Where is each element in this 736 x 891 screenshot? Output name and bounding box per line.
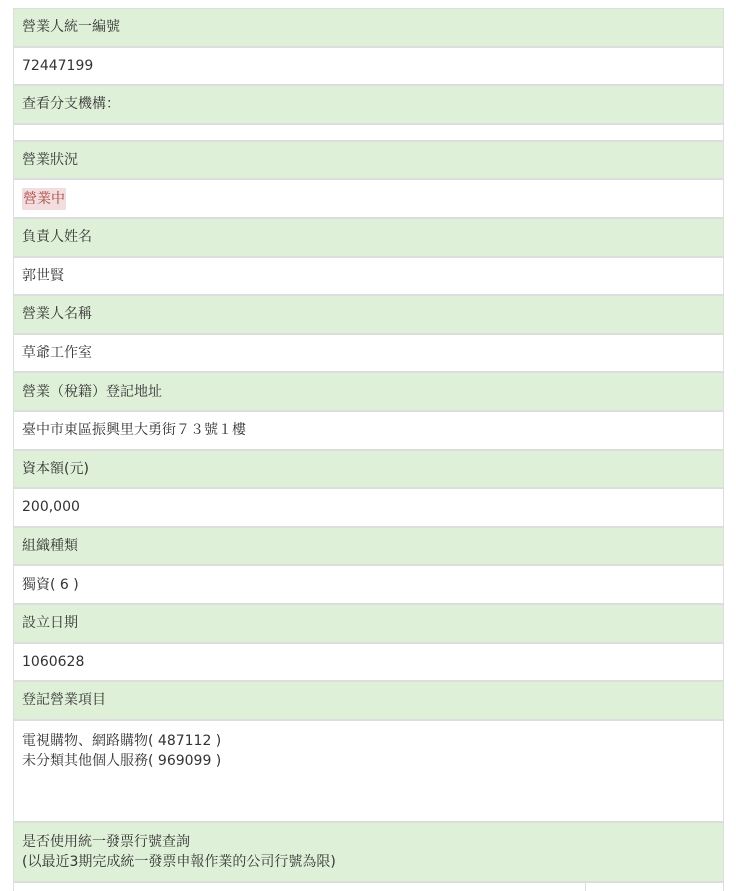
capital-label: 資本額(元) [22,459,89,479]
capital-label-row: 資本額(元) [14,451,723,490]
invoice-label: 是否使用統一發票行號查詢 (以最近3期完成統一發票申報作業的公司行號為限) [22,832,336,872]
business-items-value-row: 電視購物、網路購物( 487112 ) 未分類其他個人服務( 969099 ) [14,721,723,823]
branch-label: 查看分支機構： [22,94,120,114]
status-value-row: 營業中 [14,180,723,219]
owner-value: 郭世賢 [22,266,64,286]
address-label: 營業（稅籍）登記地址 [22,382,162,402]
status-label-row: 營業狀況 [14,142,723,181]
branch-label-row: 查看分支機構： [14,86,723,125]
org-type-value-row: 獨資( 6 ) [14,566,723,605]
org-type-value: 獨資( 6 ) [22,575,79,595]
invoice-label-line2: (以最近3期完成統一發票申報作業的公司行號為限) [22,852,336,872]
status-badge: 營業中 [22,188,66,210]
business-items-label-row: 登記營業項目 [14,682,723,721]
ban-value: 72447199 [22,56,93,76]
founded-label: 設立日期 [22,613,78,633]
org-type-label-row: 組織種類 [14,528,723,567]
founded-label-row: 設立日期 [14,605,723,644]
address-label-row: 營業（稅籍）登記地址 [14,373,723,412]
founded-value: 1060628 [22,652,84,672]
branch-value-row [14,125,723,142]
address-value: 臺中市東區振興里大勇街７３號１樓 [22,420,246,440]
name-label-row: 營業人名稱 [14,296,723,335]
owner-label: 負責人姓名 [22,227,92,247]
ban-label-row: 營業人統一編號 [14,9,723,48]
name-value: 草爺工作室 [22,343,92,363]
business-items-list: 電視購物、網路購物( 487112 ) 未分類其他個人服務( 969099 ) [22,731,221,771]
founded-value-row: 1060628 [14,644,723,683]
status-label: 營業狀況 [22,150,78,170]
capital-value-row: 200,000 [14,489,723,528]
owner-label-row: 負責人姓名 [14,219,723,258]
invoice-label-row: 是否使用統一發票行號查詢 (以最近3期完成統一發票申報作業的公司行號為限) [14,823,723,883]
name-label: 營業人名稱 [22,304,92,324]
org-type-label: 組織種類 [22,536,78,556]
business-info-table: 營業人統一編號 72447199 查看分支機構： 營業狀況 營業中 負責人姓名 … [13,8,724,885]
business-items-label: 登記營業項目 [22,690,106,710]
owner-value-row: 郭世賢 [14,258,723,297]
invoice-label-line1: 是否使用統一發票行號查詢 [22,832,336,852]
name-value-row: 草爺工作室 [14,335,723,374]
ban-label: 營業人統一編號 [22,17,120,37]
business-item: 未分類其他個人服務( 969099 ) [22,751,221,771]
ban-value-row: 72447199 [14,48,723,87]
address-value-row: 臺中市東區振興里大勇街７３號１樓 [14,412,723,451]
business-item: 電視購物、網路購物( 487112 ) [22,731,221,751]
capital-value: 200,000 [22,497,80,517]
